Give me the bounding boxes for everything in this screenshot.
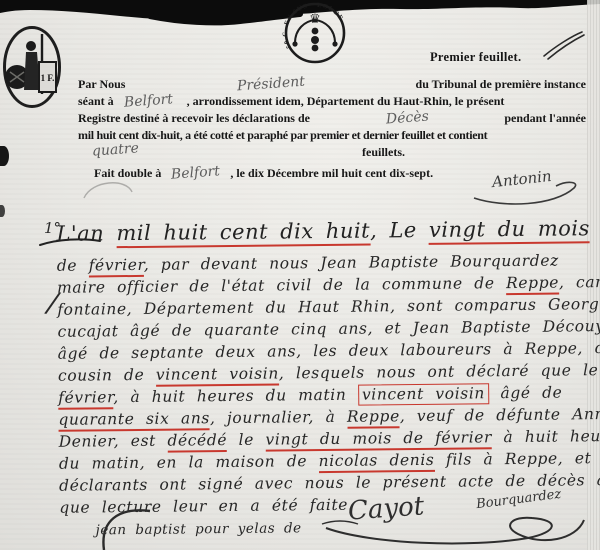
- red-underline-annotation: mil huit cent dix huit: [116, 219, 370, 249]
- act-text: du matin, en la maison de: [59, 452, 319, 473]
- red-underline-annotation: nicolas denis: [319, 451, 435, 473]
- form-line: mil huit cent dix-huit, a été cotté et p…: [78, 127, 586, 144]
- pen-stroke-icon: [542, 30, 588, 64]
- scanned-register-page: 1 F. 50 C. EN SUS LOI DE ♛ Premier feuil…: [0, 0, 600, 550]
- signature-flourish-icon: [320, 502, 590, 550]
- form-line: Par Nous Président du Tribunal de premiè…: [78, 76, 586, 93]
- act-text: L'an: [56, 221, 116, 246]
- form-line: séant à Belfort , arrondissement idem, D…: [78, 93, 586, 110]
- act-body: L'an mil huit cent dix huit, Le vingt du…: [56, 211, 593, 541]
- act-text: fils à Reppe, et les: [434, 449, 600, 469]
- handwritten-insertion: Décès: [385, 109, 429, 129]
- red-underline-annotation: vingt du mois: [429, 216, 590, 245]
- form-text: pendant l'année: [504, 110, 586, 127]
- red-underline-annotation: Reppe: [347, 407, 400, 429]
- handwritten-insertion: Belfort: [123, 91, 173, 111]
- red-underline-annotation: février: [89, 256, 144, 278]
- act-text: à huit heures: [492, 427, 600, 446]
- act-text: maire officier de l'état civil de la com…: [57, 274, 506, 297]
- act-text: , à huit heures du matin: [113, 386, 358, 407]
- act-text: de: [57, 256, 89, 274]
- form-text: Registre destiné à recevoir les déclarat…: [78, 110, 310, 127]
- fiscal-stamp-value: 1 F.: [41, 73, 55, 83]
- form-line: Registre destiné à recevoir les déclarat…: [78, 110, 586, 127]
- act-text: , lesquels nous ont déclaré que le: [279, 361, 600, 382]
- red-box-annotation: vincent voisin: [358, 383, 489, 405]
- revenue-stamp-icon: 50 C. EN SUS LOI DE ♛: [282, 1, 348, 65]
- act-text: le: [227, 431, 266, 449]
- act-line: L'an mil huit cent dix huit, Le vingt du…: [56, 211, 590, 251]
- fiscal-stamp-icon: 1 F.: [2, 24, 64, 108]
- handwritten-insertion: Belfort: [171, 163, 221, 183]
- revenue-stamp-text-right: LOI DE: [317, 2, 345, 22]
- faint-pen-loop-icon: [78, 176, 138, 204]
- partial-signature-icon: [88, 505, 178, 550]
- form-text: , arrondissement idem, Département du Ha…: [187, 93, 505, 110]
- signature-flourish-icon: [468, 178, 588, 212]
- form-text: du Tribunal de première instance: [416, 76, 586, 93]
- act-text: âgé de: [489, 384, 563, 403]
- form-text: séant à: [78, 93, 114, 110]
- red-underline-annotation: décédé: [167, 431, 227, 453]
- act-text: , veuf de défunte Anne: [400, 405, 600, 425]
- form-text: feuillets.: [362, 144, 405, 161]
- form-text: mil huit cent dix-huit, a été cotté et p…: [78, 127, 487, 144]
- red-underline-annotation: Reppe: [506, 274, 559, 296]
- crown-icon: ♛: [309, 11, 321, 26]
- form-text: , le dix Décembre mil huit cent dix-sept…: [230, 165, 433, 182]
- svg-text:LOI DE: LOI DE: [317, 2, 345, 22]
- act-text: Denier, est: [59, 432, 168, 451]
- form-text: Par Nous: [78, 76, 125, 93]
- ink-blot: [0, 146, 9, 166]
- red-underline-annotation: vincent voisin: [156, 364, 279, 386]
- red-underline-annotation: quarante six ans: [58, 409, 210, 432]
- form-line: quatre feuillets.: [78, 144, 586, 161]
- act-text: , journalier, à: [210, 408, 347, 427]
- act-text: , canton de: [559, 272, 600, 291]
- handwritten-insertion: quatre: [91, 140, 139, 160]
- printed-form: Par Nous Président du Tribunal de premiè…: [78, 76, 586, 182]
- red-underline-annotation: février: [58, 388, 113, 410]
- act-text: , Le: [370, 218, 429, 243]
- ink-blot: [0, 205, 5, 217]
- act-text: cousin de: [58, 366, 156, 385]
- act-text: , par devant nous Jean Baptiste Bourquar…: [144, 252, 559, 274]
